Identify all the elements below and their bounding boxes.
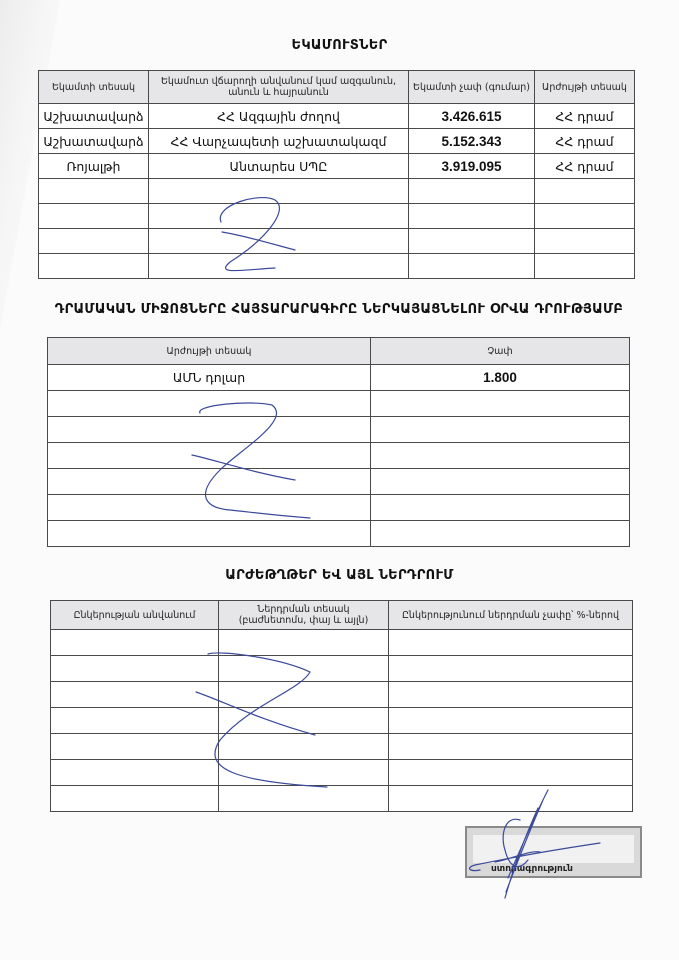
- table-cell: [371, 521, 630, 547]
- investments-title: ԱՐԺԵԹՂԹԵՐ ԵՎ ԱՅԼ ՆԵՐԴՐՈՒՄ: [0, 568, 679, 583]
- table-row: [48, 469, 630, 495]
- table-cell: [389, 734, 633, 760]
- table-cell: 5.152.343: [409, 129, 535, 154]
- table-cell: 3.919.095: [409, 154, 535, 179]
- table-row: [51, 734, 633, 760]
- signature-label: ստորագրություն: [491, 864, 573, 874]
- table-cell: [409, 179, 535, 204]
- column-header: Եկամտի չափ (գումար): [409, 71, 535, 104]
- column-header: Ընկերության անվանում: [51, 601, 219, 630]
- table-cell: [219, 760, 389, 786]
- table-header-row: Արժույթի տեսակՉափ: [48, 338, 630, 365]
- table-cell: [51, 708, 219, 734]
- table-cell: ՀՀ դրամ: [535, 154, 635, 179]
- signature-field: [473, 835, 634, 863]
- table-row: [51, 760, 633, 786]
- table-row: [39, 229, 635, 254]
- table-row: [39, 179, 635, 204]
- table-row: [48, 521, 630, 547]
- table-row: ԱշխատավարձՀՀ Վարչապետի աշխատակազմ5.152.3…: [39, 129, 635, 154]
- cash-table: Արժույթի տեսակՉափ ԱՄՆ դոլար1.800: [47, 337, 630, 547]
- table-cell: [389, 682, 633, 708]
- table-header-row: Եկամտի տեսակԵկամուտ վճարողի անվանում կամ…: [39, 71, 635, 104]
- table-cell: ՀՀ դրամ: [535, 129, 635, 154]
- table-cell: [535, 254, 635, 279]
- column-header: Չափ: [371, 338, 630, 365]
- table-cell: [409, 254, 535, 279]
- table-cell: [371, 443, 630, 469]
- table-cell: [149, 179, 409, 204]
- table-cell: [219, 656, 389, 682]
- table-cell: ՀՀ Ազգային ժողով: [149, 104, 409, 129]
- table-cell: Ռոյալթի: [39, 154, 149, 179]
- column-header: Ընկերությունում ներդրման չափը՝ %-ներով: [389, 601, 633, 630]
- deposits-title: ԵԿԱՄՈՒՏՆԵՐ: [0, 38, 679, 53]
- table-cell: [389, 708, 633, 734]
- table-cell: [219, 734, 389, 760]
- table-cell: [51, 656, 219, 682]
- table-cell: [48, 495, 371, 521]
- table-cell: [219, 682, 389, 708]
- table-cell: [39, 204, 149, 229]
- table-cell: [51, 734, 219, 760]
- table-cell: [371, 495, 630, 521]
- table-row: [51, 786, 633, 812]
- table-cell: [409, 204, 535, 229]
- column-header: Ներդրման տեսակ (բաժնետոմս, փայ և այլն): [219, 601, 389, 630]
- table-cell: ՀՀ Վարչապետի աշխատակազմ: [149, 129, 409, 154]
- table-row: [39, 254, 635, 279]
- table-cell: [39, 179, 149, 204]
- table-row: ՌոյալթիԱնտարես ՍՊԸ3.919.095ՀՀ դրամ: [39, 154, 635, 179]
- table-cell: [149, 254, 409, 279]
- table-cell: [149, 204, 409, 229]
- table-cell: [219, 786, 389, 812]
- signature-box: ստորագրություն: [465, 826, 642, 878]
- table-row: [51, 630, 633, 656]
- table-cell: ՀՀ դրամ: [535, 104, 635, 129]
- table-cell: [51, 630, 219, 656]
- table-row: [48, 417, 630, 443]
- table-row: ԱՄՆ դոլար1.800: [48, 365, 630, 391]
- table-cell: Անտարես ՍՊԸ: [149, 154, 409, 179]
- column-header: Արժույթի տեսակ: [48, 338, 371, 365]
- table-cell: ԱՄՆ դոլար: [48, 365, 371, 391]
- table-cell: [48, 521, 371, 547]
- table-cell: Աշխատավարձ: [39, 129, 149, 154]
- table-cell: [51, 682, 219, 708]
- table-cell: [48, 469, 371, 495]
- table-row: [51, 682, 633, 708]
- table-cell: [219, 630, 389, 656]
- table-cell: [219, 708, 389, 734]
- table-cell: Աշխատավարձ: [39, 104, 149, 129]
- table-cell: [371, 417, 630, 443]
- column-header: Եկամտի տեսակ: [39, 71, 149, 104]
- table-cell: [389, 760, 633, 786]
- table-row: [51, 708, 633, 734]
- table-cell: [39, 254, 149, 279]
- table-cell: [535, 179, 635, 204]
- table-cell: [409, 229, 535, 254]
- table-cell: [51, 786, 219, 812]
- table-cell: [48, 391, 371, 417]
- table-cell: [371, 391, 630, 417]
- table-cell: 1.800: [371, 365, 630, 391]
- table-row: [48, 495, 630, 521]
- table-cell: [535, 229, 635, 254]
- table-cell: 3.426.615: [409, 104, 535, 129]
- table-cell: [51, 760, 219, 786]
- table-cell: [48, 417, 371, 443]
- table-cell: [389, 786, 633, 812]
- table-row: [48, 391, 630, 417]
- table-row: [39, 204, 635, 229]
- table-cell: [149, 229, 409, 254]
- table-header-row: Ընկերության անվանումՆերդրման տեսակ (բաժն…: [51, 601, 633, 630]
- table-row: [51, 656, 633, 682]
- table-row: ԱշխատավարձՀՀ Ազգային ժողով3.426.615ՀՀ դր…: [39, 104, 635, 129]
- investments-table: Ընկերության անվանումՆերդրման տեսակ (բաժն…: [50, 600, 633, 812]
- column-header: Արժույթի տեսակ: [535, 71, 635, 104]
- table-cell: [39, 229, 149, 254]
- cash-title: ԴՐԱՄԱԿԱՆ ՄԻՋՈՑՆԵՐԸ ՀԱՅՏԱՐԱՐԱԳԻՐԸ ՆԵՐԿԱՅԱ…: [34, 302, 644, 317]
- table-row: [48, 443, 630, 469]
- table-cell: [48, 443, 371, 469]
- table-cell: [389, 656, 633, 682]
- table-cell: [371, 469, 630, 495]
- table-cell: [535, 204, 635, 229]
- column-header: Եկամուտ վճարողի անվանում կամ ազգանուն, ա…: [149, 71, 409, 104]
- table-cell: [389, 630, 633, 656]
- deposits-table: Եկամտի տեսակԵկամուտ վճարողի անվանում կամ…: [38, 70, 635, 279]
